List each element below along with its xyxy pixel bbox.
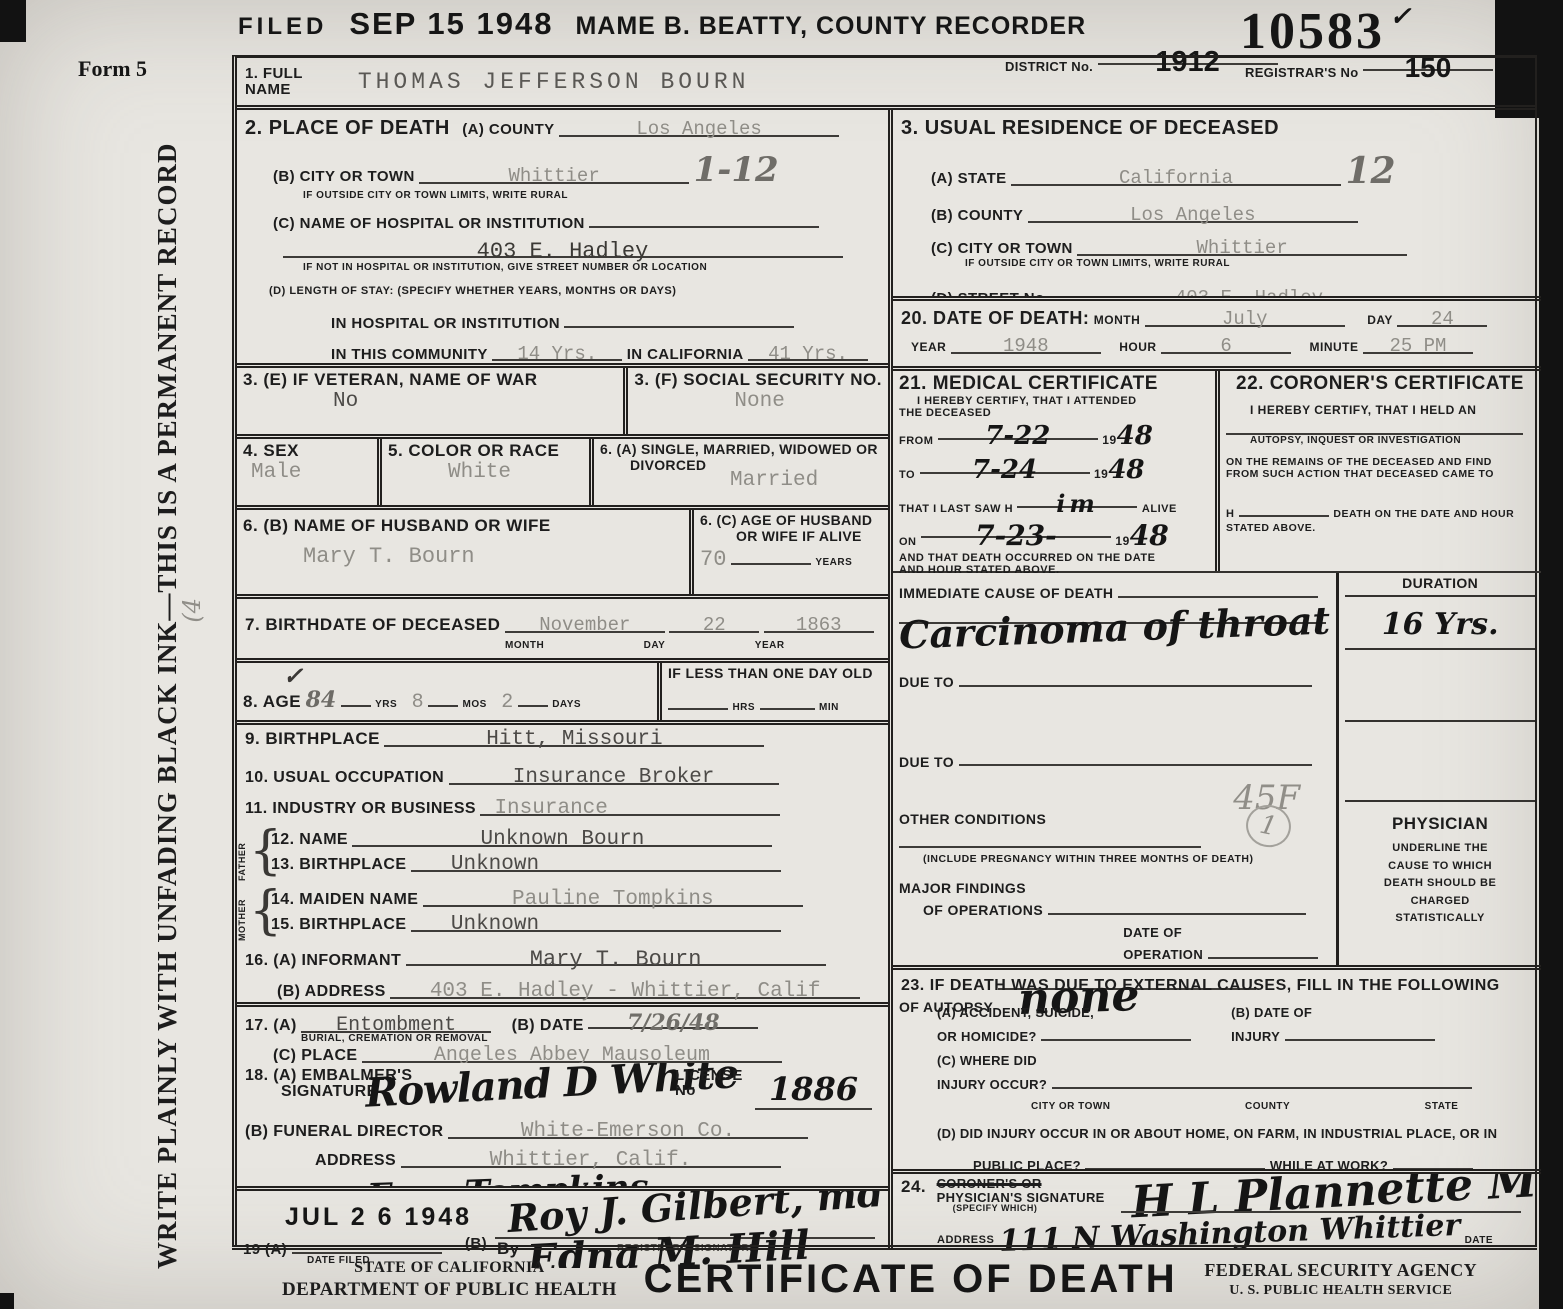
medical-from-year: 48 [1117,421,1153,451]
funeral-director-value: White-Emerson Co. [521,1120,735,1143]
field-sex: 4. SEX Male [237,439,377,505]
field-birthplace: 9. BIRTHPLACE Hitt, Missouri [237,725,888,763]
other-conditions-note: (INCLUDE PREGNANCY WITHIN THREE MONTHS O… [923,853,1330,865]
sex-value: Male [251,461,371,484]
mother-side-label: MOTHER [237,889,247,941]
full-name-label-2: NAME [245,82,303,98]
disposition-date-value: 7/26/48 [627,1010,720,1036]
section-place-of-death: 2. PLACE OF DEATH (A) COUNTY Los Angeles… [237,110,888,368]
informant-value: Mary T. Bourn [530,947,702,972]
footer-title: CERTIFICATE OF DEATH [617,1257,1205,1302]
pod-city-label: (B) CITY OR TOWN [273,168,415,185]
medical-to-year-pre: 19 [1094,467,1108,481]
medical-from-label: FROM [899,435,933,447]
external-a-label-1: (A) ACCIDENT, SUICIDE, [937,1005,1191,1022]
spouse-age-label-2: OR WIFE IF ALIVE [736,528,882,544]
age-months-label: MOS [463,699,487,710]
filed-stamp: FILED SEP 15 1948 MAME B. BEATTY, COUNTY… [238,6,1086,42]
disposition-num: 17. (A) [245,1017,297,1034]
certifier-num: 24. [901,1177,926,1196]
pod-stay-california-value: 41 Yrs. [768,343,848,365]
footer-state: STATE OF CALIFORNIA [282,1258,617,1278]
field-informant: 16. (A) INFORMANT Mary T. Bourn [237,944,888,977]
certifier-note: (SPECIFY WHICH) [953,1204,1105,1213]
father-side-label: FATHER [237,829,247,881]
county-recorder-name: MAME B. BEATTY, COUNTY RECORDER [575,12,1086,41]
row-certificates: 21. MEDICAL CERTIFICATE I HEREBY CERTIFY… [893,371,1541,573]
medical-lastsaw-hand: im [1056,489,1099,518]
medical-to-value: 7-24 [972,455,1037,485]
spouse-age-value: 70 [700,547,726,572]
father-birthplace-value: Unknown [451,853,539,876]
age-check-mark-icon: ✓ [283,661,303,690]
embalmer-license-value: 1886 [755,1070,872,1110]
residence-county-label: (B) COUNTY [931,207,1023,224]
medical-certify-2: THE DECEASED [899,407,1209,419]
father-name-value: Unknown Bourn [481,828,645,851]
residence-city-value: Whittier [1197,237,1288,259]
dod-minute-value: 25 PM [1389,335,1446,357]
pod-stay-community-label: IN THIS COMMUNITY [331,346,488,363]
physician-box-note: UNDERLINE THE CAUSE TO WHICH DEATH SHOUL… [1375,840,1505,928]
death-certificate-page: FILED SEP 15 1948 MAME B. BEATTY, COUNTY… [0,0,1563,1309]
external-c-state-sublabel: STATE [1425,1101,1459,1112]
certifier-struck-label: CORONER'S OR [937,1177,1105,1191]
row-age: ✓ 8. AGE 84 YRS 8 MOS 2 DAYS [237,663,888,725]
disposition-place-label: (C) PLACE [273,1047,357,1063]
cause-main: IMMEDIATE CAUSE OF DEATH Carcinoma of th… [893,573,1336,965]
dod-month-value: July [1222,308,1268,330]
disposition-date-label: (B) DATE [512,1017,584,1034]
full-name-label-1: 1. FULL [245,66,303,82]
pod-hospital-label: (C) NAME OF HOSPITAL OR INSTITUTION [273,215,585,232]
certifier-label: PHYSICIAN'S SIGNATURE [937,1191,1105,1205]
footer-service: U. S. PUBLIC HEALTH SERVICE [1204,1282,1477,1300]
external-b-label-1: (B) DATE OF [1231,1005,1434,1022]
dod-day-label: DAY [1367,313,1393,327]
marital-label-1: 6. (A) SINGLE, MARRIED, WIDOWED OR [600,441,882,457]
residence-title: 3. USUAL RESIDENCE OF DECEASED [901,117,1533,140]
external-b-label-2: INJURY [1231,1029,1280,1044]
field-race: 5. COLOR OR RACE White [377,439,589,505]
section-coroner-certificate: 22. CORONER'S CERTIFICATE I HEREBY CERTI… [1215,371,1541,571]
birthdate-year: 1863 [796,614,842,636]
residence-city-note: IF OUTSIDE CITY OR TOWN LIMITS, WRITE RU… [965,258,1533,269]
pod-city-note: IF OUTSIDE CITY OR TOWN LIMITS, WRITE RU… [303,190,880,201]
form-number: Form 5 [78,56,147,82]
birthdate-month-sublabel: MONTH [505,640,544,651]
coroner-footer: DEATH ON THE DATE AND HOUR [1333,508,1514,520]
sex-label: 4. SEX [243,441,371,461]
father-brace: { [249,825,282,881]
age-hrs-label: HRS [732,702,755,713]
mother-maiden-name-value: Pauline Tompkins [512,888,714,911]
certificate-form: 1. FULL NAME THOMAS JEFFERSON BOURN 2. P… [232,55,1537,1245]
row-spouse: 6. (B) NAME OF HUSBAND OR WIFE Mary T. B… [237,510,888,599]
field-age: ✓ 8. AGE 84 YRS 8 MOS 2 DAYS [237,663,657,720]
birthdate-day: 22 [703,614,726,636]
physician-box: PHYSICIAN UNDERLINE THE CAUSE TO WHICH D… [1345,802,1535,928]
birthplace-value: Hitt, Missouri [486,728,662,751]
field-informant-address: (B) ADDRESS 403 E. Hadley - Whittier, Ca… [237,977,888,1007]
ssn-value: None [734,390,882,413]
dod-hour-label: HOUR [1119,340,1156,354]
group-father: FATHER { 12. NAME Unknown Bourn 13. BIRT… [237,825,888,885]
coroner-footer-2: STATED ABOVE. [1226,522,1535,534]
external-c-city-sublabel: CITY OR TOWN [1031,1101,1111,1112]
spouse-label: 6. (B) NAME OF HUSBAND OR WIFE [243,516,683,536]
medical-to-label: TO [899,469,915,481]
field-spouse-age: 6. (C) AGE OF HUSBAND OR WIFE IF ALIVE 7… [689,510,888,594]
footer-department: DEPARTMENT OF PUBLIC HEALTH [282,1278,617,1302]
spouse-age-suffix: YEARS [815,557,852,568]
birthdate-day-sublabel: DAY [644,640,666,651]
veteran-label: 3. (E) IF VETERAN, NAME OF WAR [243,370,617,390]
residence-state-label: (A) STATE [931,170,1007,187]
medical-to-year: 48 [1108,455,1144,485]
dod-title: 20. DATE OF DEATH: [901,308,1089,328]
pod-hospital-value: 403 E. Hadley [477,239,649,264]
pod-stay-label: (D) LENGTH OF STAY: (SPECIFY WHETHER YEA… [269,285,880,297]
occupation-label: 10. USUAL OCCUPATION [245,769,444,786]
field-marital-status: 6. (A) SINGLE, MARRIED, WIDOWED OR DIVOR… [589,439,888,505]
age-years-label: YRS [375,699,397,710]
external-title: 23. IF DEATH WAS DUE TO EXTERNAL CAUSES,… [901,977,1533,995]
scan-edge-top-left [0,0,26,42]
field-birthdate: 7. BIRTHDATE OF DECEASED November 22 186… [237,599,888,663]
embalmer-license-label-1: LICENSE [675,1068,743,1083]
field-ssn: 3. (F) SOCIAL SECURITY NO. None [623,368,888,434]
field-occupation: 10. USUAL OCCUPATION Insurance Broker [237,763,888,794]
group-mother: MOTHER { 14. MAIDEN NAME Pauline Tompkin… [237,885,888,944]
field-age-infant: IF LESS THAN ONE DAY OLD HRS MIN [657,663,888,720]
embalmer-license-label-2: No [675,1083,743,1098]
immediate-cause-value: Carcinoma of throat [898,597,1330,657]
section-certifier: 24. CORONER'S OR PHYSICIAN'S SIGNATURE (… [893,1174,1541,1253]
residence-county-value: Los Angeles [1130,204,1255,226]
field-date-of-death: 20. DATE OF DEATH: MONTH July DAY 24 YEA… [893,301,1541,371]
marital-value: Married [730,469,882,492]
informant-address-value: 403 E. Hadley - Whittier, Calif [430,980,821,1003]
age-days-label: DAYS [552,699,581,710]
footer-band: STATE OF CALIFORNIA DEPARTMENT OF PUBLIC… [232,1245,1537,1309]
father-name-label: 12. NAME [271,831,348,848]
ssn-label: 3. (F) SOCIAL SECURITY NO. [634,370,882,390]
medical-title: 21. MEDICAL CERTIFICATE [899,373,1209,395]
major-findings-label-2: OF OPERATIONS [923,902,1043,918]
due-to-1-label: DUE TO [899,674,954,690]
external-d-work-label: WHILE AT WORK? [1270,1158,1388,1173]
industry-value: Insurance [494,797,607,820]
race-value: White [448,461,583,484]
scan-edge-right [1539,0,1563,1309]
certifier-address-label: ADDRESS [937,1234,994,1246]
check-mark-icon: ✓ [1389,2,1411,32]
footer-agency: FEDERAL SECURITY AGENCY [1204,1259,1477,1282]
medical-on-year: 48 [1130,519,1169,552]
right-column: 3. USUAL RESIDENCE OF DECEASED (A) STATE… [893,110,1541,1248]
dod-day-value: 24 [1431,308,1454,330]
mother-maiden-name-label: 14. MAIDEN NAME [271,891,418,908]
industry-label: 11. INDUSTRY OR BUSINESS [245,800,476,817]
physician-box-title: PHYSICIAN [1345,814,1535,834]
sidebar-permanent-record-note: WRITE PLAINLY WITH UNFADING BLACK INK—TH… [152,118,183,1293]
field-industry: 11. INDUSTRY OR BUSINESS Insurance [237,794,888,825]
funeral-director-address-label: ADDRESS [315,1152,396,1169]
medical-lastsaw-label: THAT I LAST SAW H [899,503,1013,515]
father-birthplace-label: 13. BIRTHPLACE [271,856,406,873]
birthplace-label: 9. BIRTHPLACE [245,729,380,748]
external-c-label-1: (C) WHERE DID [937,1053,1533,1070]
residence-state-value: California [1119,167,1233,189]
funeral-director-label: (B) FUNERAL DIRECTOR [245,1123,444,1140]
filed-date-stamp: SEP 15 1948 [349,6,553,42]
pod-county-label: (A) COUNTY [462,121,554,138]
field-veteran: 3. (E) IF VETERAN, NAME OF WAR No [237,368,623,434]
section-cause-of-death: IMMEDIATE CAUSE OF DEATH Carcinoma of th… [893,573,1541,970]
spouse-value: Mary T. Bourn [303,544,683,569]
dod-year-label: YEAR [911,340,946,354]
mother-birthplace-label: 15. BIRTHPLACE [271,916,406,933]
coroner-body-1: ON THE REMAINS OF THE DECEASED AND FIND [1226,456,1535,468]
dod-month-label: MONTH [1094,313,1141,327]
race-label: 5. COLOR OR RACE [388,441,583,461]
coroner-h-label: H [1226,508,1234,520]
place-of-death-title: 2. PLACE OF DEATH [245,117,450,139]
field-full-name: 1. FULL NAME THOMAS JEFFERSON BOURN [237,58,1535,110]
field-embalmer: 18. (A) EMBALMER'S SIGNATURE Rowland D W… [237,1063,888,1191]
dod-hour-value: 6 [1220,335,1231,357]
external-a-label-2: OR HOMICIDE? [937,1029,1037,1044]
due-to-2-label: DUE TO [899,753,954,769]
medical-certify-1: I HEREBY CERTIFY, THAT I ATTENDED [917,395,1209,407]
pod-stay-hospital-label: IN HOSPITAL OR INSTITUTION [331,315,560,332]
full-name-value: THOMAS JEFFERSON BOURN [358,69,750,95]
birthdate-year-sublabel: YEAR [755,640,785,651]
spouse-age-label-1: 6. (C) AGE OF HUSBAND [700,512,882,528]
residence-state-handwritten-code: 12 [1345,150,1395,192]
medical-on-year-pre: 19 [1115,534,1129,548]
other-conditions-label: OTHER CONDITIONS [899,811,1046,827]
date-of-operation-label-2: OPERATION [1123,947,1203,962]
age-days-value: 2 [501,691,513,714]
date-of-operation-label-1: DATE OF [1123,926,1330,940]
coroner-autopsy-line: AUTOPSY, INQUEST OR INVESTIGATION [1250,435,1535,446]
informant-address-label: (B) ADDRESS [277,983,386,1000]
medical-on-value: 7-23- [975,519,1057,552]
dod-year-value: 1948 [1003,335,1049,357]
veteran-value: No [333,390,617,413]
occupation-value: Insurance Broker [513,766,715,789]
external-c-county-sublabel: COUNTY [1245,1101,1290,1112]
external-c-label-2: INJURY OCCUR? [937,1077,1047,1092]
dod-minute-label: MINUTE [1310,340,1359,354]
scan-edge-bottom-left [0,1293,14,1309]
mother-brace: { [249,885,282,941]
birthdate-month: November [539,614,630,636]
medical-from-value: 7-22 [985,421,1050,451]
duration-label: DURATION [1345,575,1535,597]
section-medical-certificate: 21. MEDICAL CERTIFICATE I HEREBY CERTIFY… [893,371,1215,571]
pod-stay-community-value: 14 Yrs. [517,343,597,365]
date-filed-stamp: JUL 2 6 1948 [285,1203,472,1232]
immediate-cause-duration: 16 Yrs. [1382,607,1499,642]
filed-label: FILED [238,13,327,41]
pod-hospital-note: IF NOT IN HOSPITAL OR INSTITUTION, GIVE … [303,262,880,273]
disposition-place-value: Angeles Abbey Mausoleum [434,1044,710,1063]
pod-county-value: Los Angeles [636,118,761,140]
residence-city-label: (C) CITY OR TOWN [931,240,1073,257]
medical-footer-1: AND THAT DEATH OCCURRED ON THE DATE [899,552,1209,564]
duration-column: DURATION 16 Yrs. PHYSICIAN UNDERLINE THE… [1336,573,1541,965]
section-usual-residence: 3. USUAL RESIDENCE OF DECEASED (A) STATE… [893,110,1541,301]
age-years-value: 84 [306,687,337,713]
external-d-line1: (D) DID INJURY OCCUR IN OR ABOUT HOME, O… [937,1126,1533,1141]
birthdate-label: 7. BIRTHDATE OF DECEASED [245,615,500,634]
age-label: 8. AGE [243,692,301,711]
field-spouse-name: 6. (B) NAME OF HUSBAND OR WIFE Mary T. B… [237,510,689,594]
coroner-title: 22. CORONER'S CERTIFICATE [1236,373,1535,395]
left-column: 2. PLACE OF DEATH (A) COUNTY Los Angeles… [237,110,893,1248]
external-d-public-label: PUBLIC PLACE? [973,1158,1081,1173]
row-sex-race-marital: 4. SEX Male 5. COLOR OR RACE White 6. (A… [237,439,888,510]
coroner-body-2: FROM SUCH ACTION THAT DECEASED CAME TO [1226,468,1535,480]
medical-from-year-pre: 19 [1102,433,1116,447]
margin-pencil-note: (4 [178,598,206,623]
mother-birthplace-value: Unknown [451,913,539,936]
age-min-label: MIN [819,702,839,713]
pod-stay-california-label: IN CALIFORNIA [627,346,744,363]
age-infant-label: IF LESS THAN ONE DAY OLD [668,665,882,681]
medical-on-label: ON [899,536,917,548]
residence-street-value: 403 E. Hadley [1175,287,1323,301]
medical-alive-label: ALIVE [1142,503,1177,515]
immediate-cause-label: IMMEDIATE CAUSE OF DEATH [899,585,1113,601]
pod-city-value: Whittier [509,165,600,187]
age-months-value: 8 [412,691,424,714]
informant-label: 16. (A) INFORMANT [245,952,401,969]
residence-street-label: (D) STREET No [931,290,1045,301]
major-findings-label-1: MAJOR FINDINGS [899,881,1330,896]
coroner-certify: I HEREBY CERTIFY, THAT I HELD AN [1250,403,1535,417]
pod-city-handwritten-code: 1-12 [694,150,779,190]
section-external-causes: 23. IF DEATH WAS DUE TO EXTERNAL CAUSES,… [893,970,1541,1174]
row-veteran-ssn: 3. (E) IF VETERAN, NAME OF WAR No 3. (F)… [237,368,888,439]
field-disposition: 17. (A) Entombment (B) DATE 7/26/48 BURI… [237,1007,888,1063]
